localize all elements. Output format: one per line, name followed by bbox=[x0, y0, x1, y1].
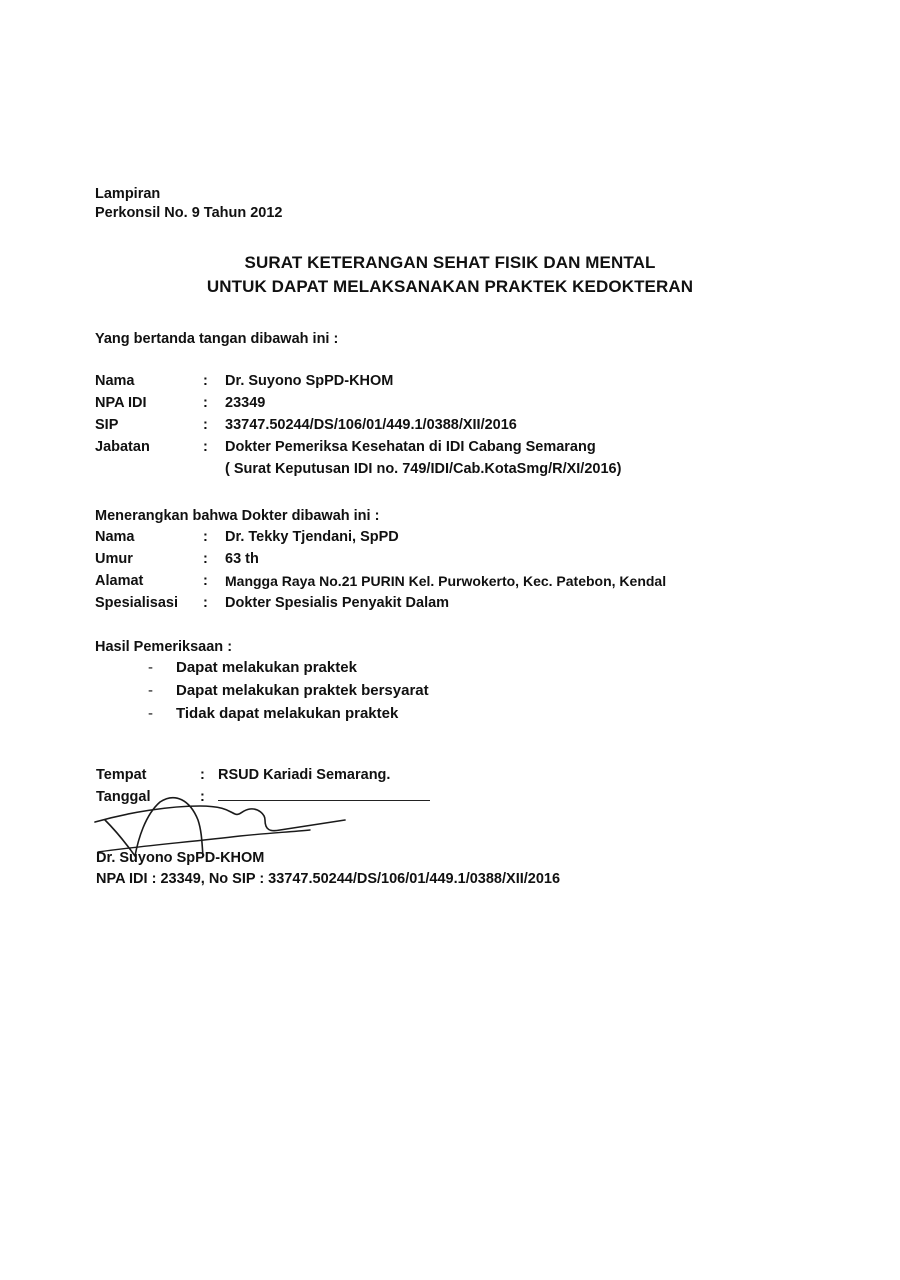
field-label: Spesialisasi bbox=[95, 592, 200, 614]
field-colon: : bbox=[203, 370, 208, 392]
field-colon: : bbox=[203, 526, 208, 548]
document-title-line-2: UNTUK DAPAT MELAKSANAKAN PRAKTEK KEDOKTE… bbox=[0, 276, 900, 298]
field-label: Jabatan bbox=[95, 436, 200, 458]
place-label: Tempat bbox=[96, 765, 147, 785]
decree-reference: ( Surat Keputusan IDI no. 749/IDI/Cab.Ko… bbox=[225, 458, 621, 480]
document-title-line-1: SURAT KETERANGAN SEHAT FISIK DAN MENTAL bbox=[0, 252, 900, 274]
field-value: Dr. Tekky Tjendani, SpPD bbox=[225, 526, 399, 548]
result-option-text: Dapat melakukan praktek bersyarat bbox=[176, 680, 429, 702]
field-colon: : bbox=[203, 592, 208, 614]
dash-bullet: - bbox=[148, 703, 153, 725]
place-value: RSUD Kariadi Semarang. bbox=[218, 765, 390, 785]
field-label: Nama bbox=[95, 370, 200, 392]
field-value: 23349 bbox=[225, 392, 265, 414]
subject-intro: Menerangkan bahwa Dokter dibawah ini : bbox=[95, 506, 379, 526]
dash-bullet: - bbox=[148, 680, 153, 702]
result-option-text: Tidak dapat melakukan praktek bbox=[176, 703, 398, 725]
field-colon: : bbox=[203, 392, 208, 414]
field-value: Mangga Raya No.21 PURIN Kel. Purwokerto,… bbox=[225, 570, 666, 592]
result-option-text: Dapat melakukan praktek bbox=[176, 657, 357, 679]
attachment-label: Lampiran bbox=[95, 184, 160, 204]
field-colon: : bbox=[203, 548, 208, 570]
regulation-reference: Perkonsil No. 9 Tahun 2012 bbox=[95, 203, 283, 223]
field-label: SIP bbox=[95, 414, 200, 436]
field-colon: : bbox=[200, 765, 205, 785]
field-value: 63 th bbox=[225, 548, 259, 570]
field-value: Dokter Pemeriksa Kesehatan di IDI Cabang… bbox=[225, 436, 596, 458]
field-label: Alamat bbox=[95, 570, 200, 592]
signer-name-footer: Dr. Suyono SpPD-KHOM bbox=[96, 848, 264, 868]
document-page: Lampiran Perkonsil No. 9 Tahun 2012 SURA… bbox=[0, 0, 900, 1280]
field-colon: : bbox=[203, 570, 208, 592]
field-value: Dr. Suyono SpPD-KHOM bbox=[225, 370, 393, 392]
dash-bullet: - bbox=[148, 657, 153, 679]
field-label: NPA IDI bbox=[95, 392, 200, 414]
field-colon: : bbox=[203, 436, 208, 458]
signer-ids-footer: NPA IDI : 23349, No SIP : 33747.50244/DS… bbox=[96, 869, 560, 889]
field-value: Dokter Spesialis Penyakit Dalam bbox=[225, 592, 449, 614]
field-label: Nama bbox=[95, 526, 200, 548]
field-value: 33747.50244/DS/106/01/449.1/0388/XII/201… bbox=[225, 414, 517, 436]
field-label: Umur bbox=[95, 548, 200, 570]
signer-intro: Yang bertanda tangan dibawah ini : bbox=[95, 329, 338, 349]
field-colon: : bbox=[203, 414, 208, 436]
results-heading: Hasil Pemeriksaan : bbox=[95, 637, 232, 657]
